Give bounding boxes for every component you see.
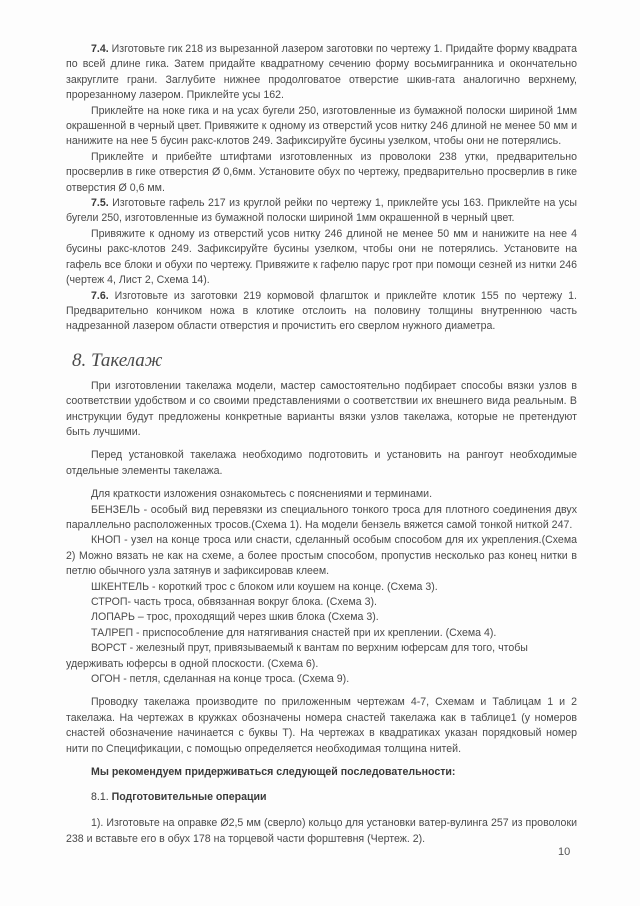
item-number: 7.5.	[91, 197, 109, 209]
recommendation: Мы рекомендуем придерживаться следующей …	[66, 765, 577, 780]
term-shkentel: ШКЕНТЕЛЬ - короткий трос с блоком или ко…	[66, 580, 577, 595]
paragraph-7-6: 7.6. Изготовьте из заготовки 219 кормово…	[66, 289, 577, 335]
paragraph: Привяжите к одному из отверстий усов нит…	[66, 227, 577, 289]
paragraph-7-4: 7.4. Изготовьте гик 218 из вырезанной ла…	[66, 42, 577, 104]
rigging-note: Проводку такелажа производите по приложе…	[66, 695, 577, 757]
paragraph: Приклейте и прибейте штифтами изготовлен…	[66, 150, 577, 196]
paragraph-7-5: 7.5. Изготовьте гафель 217 из круглой ре…	[66, 196, 577, 227]
term-vorst: ВОРСТ - железный прут, привязываемый к в…	[66, 641, 577, 672]
term-talrep: ТАЛРЕП - приспособление для натягивания …	[66, 626, 577, 641]
section-prep: Перед установкой такелажа необходимо под…	[66, 448, 577, 479]
term-ogon: ОГОН - петля, сделанная на конце троса. …	[66, 672, 577, 687]
section-intro: При изготовлении такелажа модели, мастер…	[66, 379, 577, 441]
paragraph: Приклейте на ноке гика и на усах бугели …	[66, 104, 577, 150]
step-1: 1). Изготовьте на оправке Ø2,5 мм (сверл…	[66, 816, 577, 847]
section-heading: 8. Такелаж	[72, 349, 577, 373]
term-lopar: ЛОПАРЬ – трос, проходящий через шкив бло…	[66, 610, 577, 625]
document-page: 7.4. Изготовьте гик 218 из вырезанной ла…	[0, 0, 640, 906]
page-number: 10	[558, 846, 570, 858]
term-knop: КНОП - узел на конце троса или снасти, с…	[66, 533, 577, 579]
term-strop: СТРОП- часть троса, обвязанная вокруг бл…	[66, 595, 577, 610]
page-content: 7.4. Изготовьте гик 218 из вырезанной ла…	[66, 42, 577, 847]
item-number: 7.4.	[91, 43, 109, 55]
item-number: 7.6.	[91, 290, 109, 302]
terms-intro: Для краткости изложения ознакомьтесь с п…	[66, 487, 577, 502]
subsection-title: Подготовительные операции	[109, 791, 267, 803]
subsection-heading: 8.1. Подготовительные операции	[66, 790, 577, 805]
term-benzel: БЕНЗЕЛЬ - особый вид перевязки из специа…	[66, 503, 577, 534]
subsection-number: 8.1.	[91, 791, 109, 803]
